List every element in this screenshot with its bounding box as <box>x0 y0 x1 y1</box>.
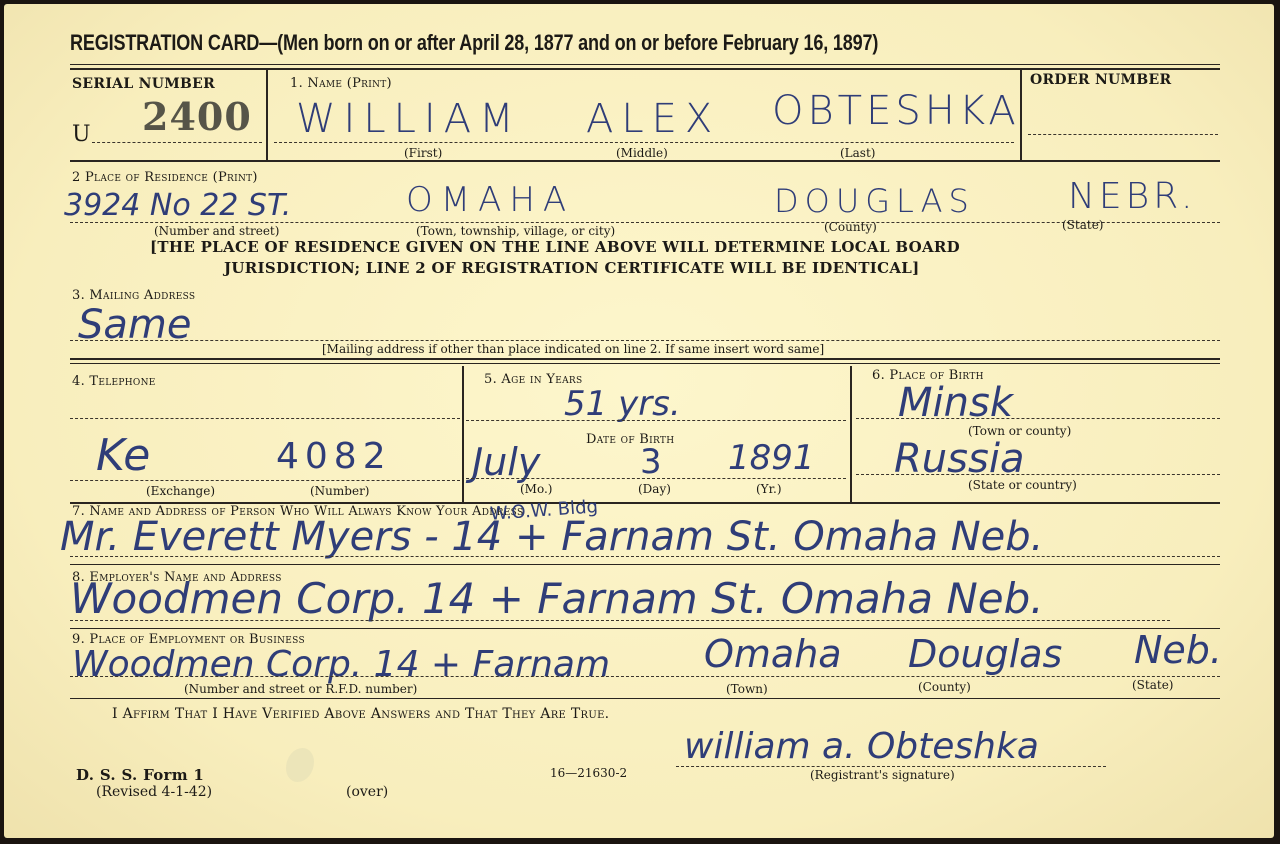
divider <box>266 70 268 160</box>
registrant-signature: william a. Obteshka <box>684 726 1039 767</box>
mailing-address-caption: [Mailing address if other than place ind… <box>322 342 824 356</box>
signature-line <box>676 766 1106 767</box>
telephone-line-2 <box>70 480 460 481</box>
employment-line <box>70 676 1220 677</box>
residence-label: 2 Place of Residence (Print) <box>72 170 258 185</box>
residence-county: DOUGLAS <box>774 182 975 220</box>
order-number-line <box>1028 134 1218 135</box>
contact-line <box>70 556 1220 557</box>
birthplace-town-line <box>856 418 1220 419</box>
mailing-address-value: Same <box>78 302 191 348</box>
order-number-label: ORDER NUMBER <box>1030 72 1171 88</box>
card-title: REGISTRATION CARD—(Men born on or after … <box>70 30 878 56</box>
jurisdiction-notice-line1: [THE PLACE OF RESIDENCE GIVEN ON THE LIN… <box>150 238 960 256</box>
contact-value: Mr. Everett Myers - 14 + Farnam St. Omah… <box>60 514 1043 560</box>
divider <box>70 160 1220 162</box>
dob-line <box>466 478 846 479</box>
employment-state-caption: (State) <box>1132 678 1173 692</box>
employment-street-caption: (Number and street or R.F.D. number) <box>184 682 417 696</box>
telephone-exchange: Ke <box>96 430 150 481</box>
birth-day-caption: (Day) <box>638 482 671 496</box>
residence-county-caption: (County) <box>824 220 877 234</box>
employer-line <box>70 620 1170 621</box>
name-line <box>274 142 1014 143</box>
telephone-line-1 <box>70 418 460 419</box>
residence-town-caption: (Town, township, village, or city) <box>416 224 615 238</box>
print-code: 16—21630-2 <box>550 766 627 780</box>
divider <box>1020 70 1022 160</box>
employer-value: Woodmen Corp. 14 + Farnam St. Omaha Neb. <box>70 574 1044 623</box>
serial-number-value: 2400 <box>142 94 252 139</box>
divider <box>850 366 852 502</box>
age-value: 51 yrs. <box>564 384 681 424</box>
name-last-caption: (Last) <box>840 146 875 160</box>
employment-state: Neb. <box>1134 628 1222 672</box>
telephone-number-caption: (Number) <box>310 484 370 498</box>
serial-line <box>92 142 262 143</box>
mailing-address-line <box>70 340 1220 341</box>
telephone-label: 4. Telephone <box>72 374 156 389</box>
birth-day: 3 <box>640 442 662 482</box>
divider <box>70 564 1220 565</box>
birth-year-caption: (Yr.) <box>756 482 782 496</box>
birthplace-country-caption: (State or country) <box>968 478 1077 492</box>
name-middle-caption: (Middle) <box>616 146 668 160</box>
age-line <box>466 420 846 421</box>
signature-caption: (Registrant's signature) <box>810 768 955 782</box>
name-first: WILLIAM <box>296 96 522 142</box>
divider <box>70 363 1220 364</box>
residence-state-caption: (State) <box>1062 218 1103 232</box>
residence-state: NEBR. <box>1068 176 1196 217</box>
employment-county-caption: (County) <box>918 680 971 694</box>
serial-prefix: U <box>72 122 91 147</box>
serial-number-label: SERIAL NUMBER <box>72 76 215 92</box>
employment-county: Douglas <box>908 632 1062 676</box>
residence-town: OMAHA <box>406 180 574 220</box>
residence-street-caption: (Number and street) <box>154 224 279 238</box>
form-revised: (Revised 4-1-42) <box>96 784 212 800</box>
name-middle: ALEX <box>586 96 720 142</box>
employment-street: Woodmen Corp. 14 + Farnam <box>72 644 610 685</box>
birthplace-country: Russia <box>894 436 1024 482</box>
residence-line <box>70 222 1220 223</box>
residence-street: 3924 No 22 ST. <box>64 188 291 223</box>
divider <box>70 628 1220 629</box>
telephone-number: 4082 <box>276 436 392 477</box>
employment-town-caption: (Town) <box>726 682 768 696</box>
divider <box>70 68 1220 70</box>
affirmation-text: I Affirm That I Have Verified Above Answ… <box>112 706 609 722</box>
mailing-address-label: 3. Mailing Address <box>72 288 195 303</box>
birth-month-caption: (Mo.) <box>520 482 552 496</box>
name-last: OBTESHKA <box>772 88 1020 134</box>
form-number: D. S. S. Form 1 <box>76 766 204 784</box>
telephone-exchange-caption: (Exchange) <box>146 484 215 498</box>
employment-town: Omaha <box>704 632 842 676</box>
divider <box>70 358 1220 360</box>
watermark-leaf-icon <box>286 748 314 782</box>
divider <box>70 698 1220 699</box>
birth-year: 1891 <box>728 438 815 478</box>
name-first-caption: (First) <box>404 146 442 160</box>
divider <box>70 64 1220 65</box>
registration-card: REGISTRATION CARD—(Men born on or after … <box>4 4 1274 838</box>
jurisdiction-notice-line2: JURISDICTION; LINE 2 OF REGISTRATION CER… <box>224 259 920 277</box>
over-label: (over) <box>346 784 388 800</box>
divider <box>462 366 464 502</box>
name-label: 1. Name (Print) <box>290 76 392 91</box>
birthplace-town: Minsk <box>898 380 1013 426</box>
birthplace-country-line <box>856 474 1220 475</box>
